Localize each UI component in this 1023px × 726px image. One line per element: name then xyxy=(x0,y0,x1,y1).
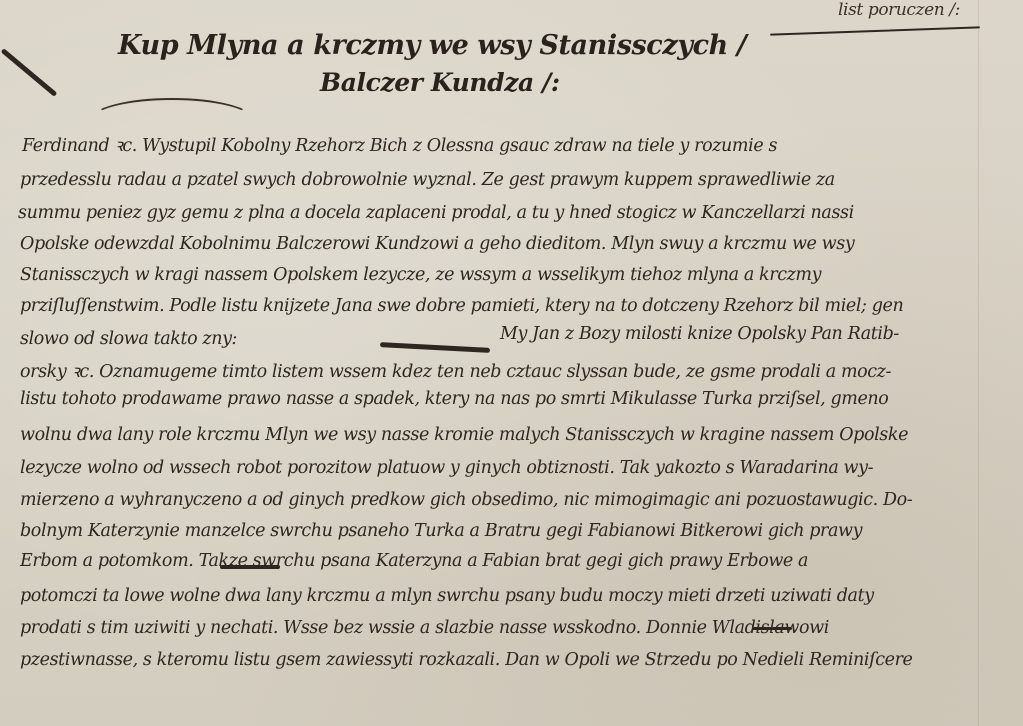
text-line: wolnu dwa lany role krczmu Mlyn we wsy n… xyxy=(20,425,908,445)
text-line: Erbom a potomkom. Takze swrchu psana Kat… xyxy=(20,551,808,571)
text-line: potomczi ta lowe wolne dwa lany krczmu a… xyxy=(20,586,874,606)
pen-stroke-left xyxy=(1,48,58,97)
text-line: orsky ꝛc. Oznamugeme timto listem wssem … xyxy=(20,359,891,383)
pen-stroke-margin xyxy=(770,26,980,35)
text-line: listu tohoto prodawame prawo nasse a spa… xyxy=(20,389,888,409)
text-line: bolnym Katerzynie manzelce swrchu psaneh… xyxy=(20,521,862,541)
text-line: summu peniez gyz gemu z plna a docela za… xyxy=(18,203,854,223)
heading-title: Kup Mlyna a krczmy we wsy Stanissczych / xyxy=(118,30,746,61)
text-line: pzestiwnasse, s kteromu listu gsem zawie… xyxy=(20,650,913,670)
text-line: przedesslu radau a pzatel swych dobrowol… xyxy=(20,170,835,190)
text-line: Opolske odewzdal Kobolnimu Balczerowi Ku… xyxy=(20,234,854,254)
pen-stroke-mid xyxy=(380,342,490,353)
text-line: My Jan z Bozy milosti knize Opolsky Pan … xyxy=(500,324,899,344)
text-line: prziſluſſenstwim. Podle listu knijzete J… xyxy=(20,296,903,316)
heading-subtitle: Balczer Kundza /: xyxy=(320,68,560,97)
margin-note: list poruczen /: xyxy=(838,0,960,20)
text-line: Stanissczych w kragi nassem Opolskem lez… xyxy=(20,265,821,285)
text-line: prodati s tim uziwiti y nechati. Wsse be… xyxy=(20,618,829,638)
margin-rule xyxy=(978,0,979,726)
text-line: mierzeno a wyhranyczeno a od ginych pred… xyxy=(20,490,912,510)
manuscript-page: list poruczen /: Kup Mlyna a krczmy we w… xyxy=(0,0,1023,726)
text-line: Ferdinand ꝛc. Wystupil Kobolny Rzehorz B… xyxy=(22,133,777,157)
text-line: slowo od slowa takto zny: xyxy=(20,329,237,349)
text-line: lezycze wolno od wssech robot porozitow … xyxy=(20,458,873,478)
